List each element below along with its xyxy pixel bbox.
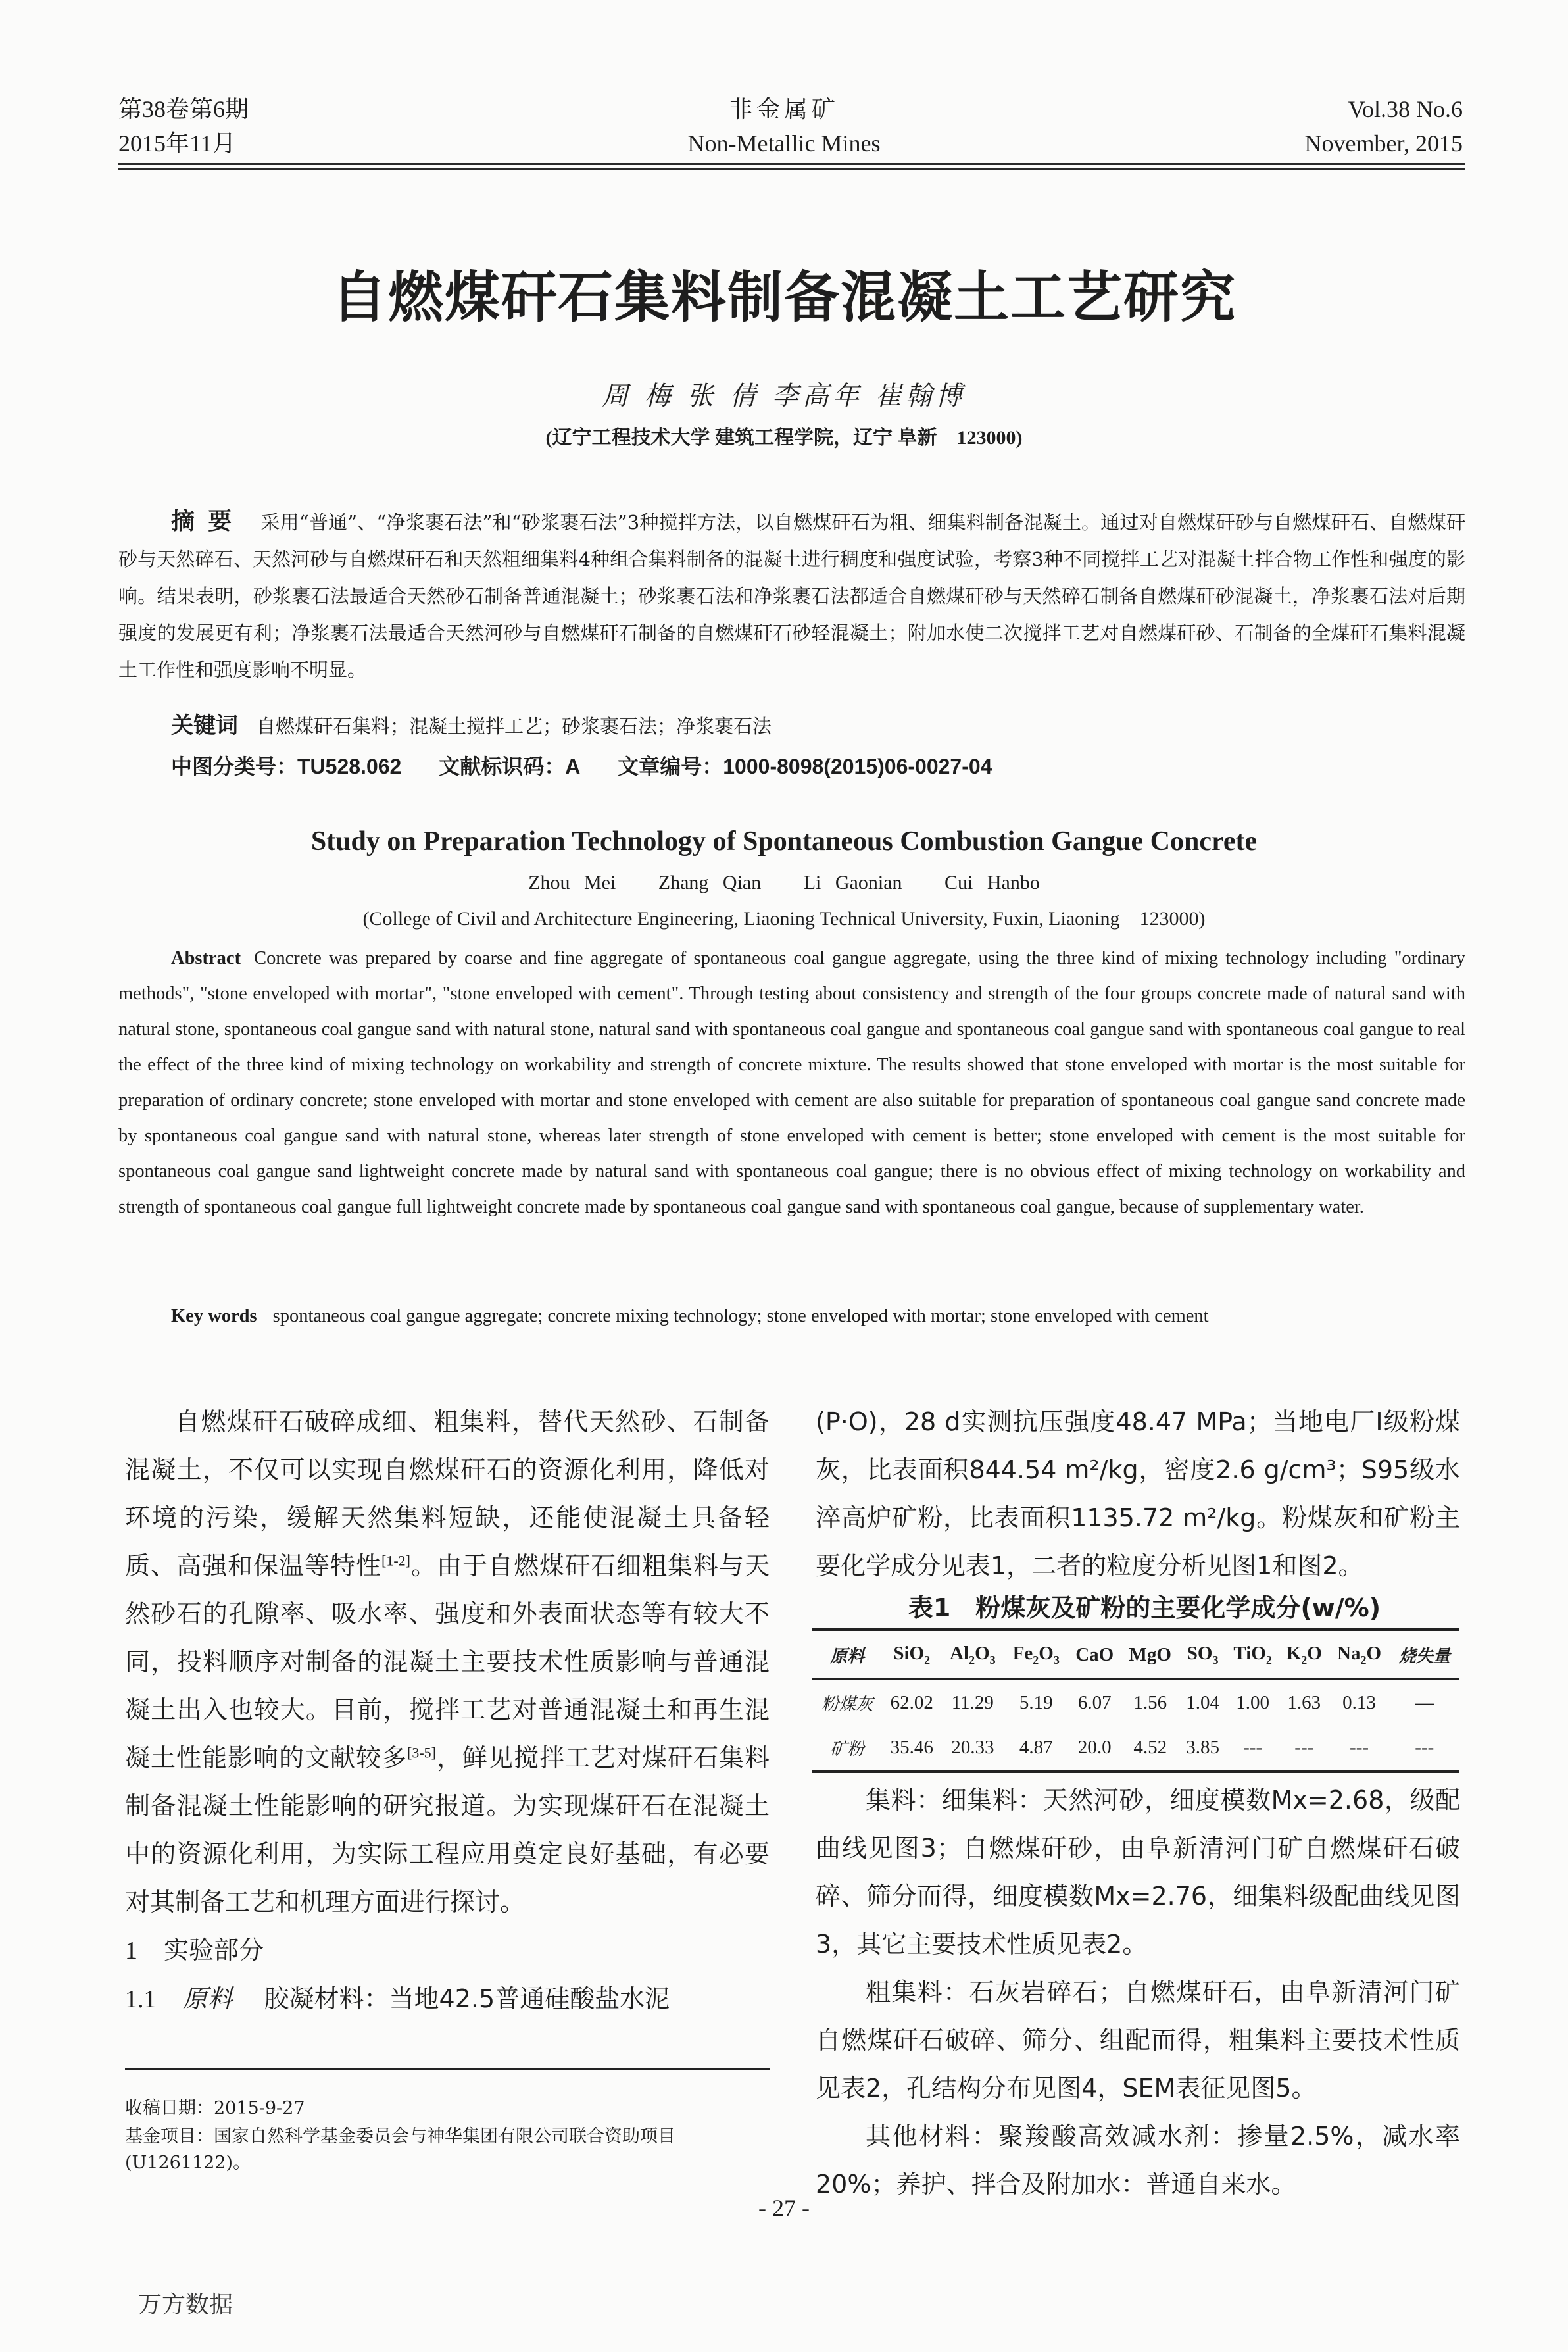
materials-paragraph: (P·O)，28 d实测抗压强度48.47 MPa；当地电厂Ⅰ级粉煤灰，比表面积… [816, 1398, 1460, 1590]
volume-en: Vol.38 No.6 [1304, 92, 1463, 126]
clc-number: 中图分类号：TU528.062 [171, 755, 401, 778]
header-rule [118, 163, 1465, 165]
section-heading: 1实验部分 [125, 1926, 770, 1975]
table-cell: 3.85 [1179, 1726, 1226, 1772]
body-right-column-lower: 集料：细集料：天然河砂，细度模数Mx=2.68，级配曲线见图3；自燃煤矸砂，由阜… [816, 1776, 1460, 2209]
affiliation-en: (College of Civil and Architecture Engin… [0, 908, 1568, 930]
footnote-rule [125, 2068, 770, 2070]
table-header: Al2O3 [941, 1630, 1004, 1680]
table-cell: 1.00 [1226, 1680, 1279, 1726]
subsection-number: 1.1 [125, 1986, 157, 2013]
section-title: 实验部分 [164, 1936, 264, 1964]
table-cell: 4.87 [1004, 1726, 1068, 1772]
authors-en: Zhou Mei Zhang Qian Li Gaonian Cui Hanbo [0, 872, 1568, 894]
table-cell: 6.07 [1068, 1680, 1121, 1726]
table-row: 粉煤灰 62.02 11.29 5.19 6.07 1.56 1.04 1.00… [812, 1680, 1459, 1726]
table-header-row: 原料 SiO2 Al2O3 Fe2O3 CaO MgO SO3 TiO2 K2O… [812, 1630, 1459, 1680]
abstract-cn-label: 摘要 [171, 508, 245, 535]
table-cell: 粉煤灰 [812, 1680, 882, 1726]
table-cell: --- [1226, 1726, 1279, 1772]
citation-ref[interactable]: [1-2] [381, 1552, 410, 1568]
table-header: SiO2 [882, 1630, 941, 1680]
table1-caption: 表1 粉煤灰及矿粉的主要化学成分(w/%) [816, 1588, 1473, 1624]
abstract-cn: 摘要采用“普通”、“净浆裹石法”和“砂浆裹石法”3种搅拌方法，以自燃煤矸石为粗、… [118, 503, 1465, 688]
table-cell: 62.02 [882, 1680, 941, 1726]
table-header: CaO [1068, 1630, 1121, 1680]
abstract-en: AbstractConcrete was prepared by coarse … [118, 941, 1465, 1225]
table-cell: 1.63 [1279, 1680, 1329, 1726]
intro-text: 。由于自燃煤矸石细粗集料与天然砂石的孔隙率、吸水率、强度和外表面状态等有较大不同… [125, 1551, 770, 1772]
keywords-en: Key wordsspontaneous coal gangue aggrega… [171, 1306, 1209, 1327]
section-number: 1 [125, 1937, 137, 1964]
footnote-fund: 基金项目：国家自然科学基金委员会与神华集团有限公司联合资助项目(U1261122… [125, 2124, 770, 2176]
table-cell: 11.29 [941, 1680, 1004, 1726]
document-code: 文献标识码：A [439, 755, 580, 778]
paper-title-en: Study on Preparation Technology of Spont… [0, 826, 1568, 857]
table-cell: — [1390, 1680, 1459, 1726]
table-cell: --- [1390, 1726, 1459, 1772]
table-header: K2O [1279, 1630, 1329, 1680]
page-number: - 27 - [0, 2194, 1568, 2222]
coarse-aggregate-paragraph: 粗集料：石灰岩碎石；自燃煤矸石，由阜新清河门矿自燃煤矸石破碎、筛分、组配而得，粗… [816, 1968, 1460, 2113]
table-cell: 1.56 [1121, 1680, 1179, 1726]
watermark-logo: 万方数据 [138, 2286, 233, 2320]
aggregate-paragraph: 集料：细集料：天然河砂，细度模数Mx=2.68，级配曲线见图3；自燃煤矸砂，由阜… [816, 1776, 1460, 1968]
table-cell: 0.13 [1329, 1680, 1389, 1726]
table-row: 矿粉 35.46 20.33 4.87 20.0 4.52 3.85 --- -… [812, 1726, 1459, 1772]
table-cell: --- [1279, 1726, 1329, 1772]
abstract-en-text: Concrete was prepared by coarse and fine… [118, 948, 1465, 1217]
table-header: Na2O [1329, 1630, 1389, 1680]
body-right-column: (P·O)，28 d实测抗压强度48.47 MPa；当地电厂Ⅰ级粉煤灰，比表面积… [816, 1398, 1460, 1590]
citation-ref[interactable]: [3-5] [407, 1744, 436, 1761]
article-number: 文章编号：1000-8098(2015)06-0027-04 [618, 755, 992, 778]
intro-paragraph: 自燃煤矸石破碎成细、粗集料，替代天然砂、石制备混凝土，不仅可以实现自燃煤矸石的资… [125, 1398, 770, 1926]
table-header: MgO [1121, 1630, 1179, 1680]
table-cell: 5.19 [1004, 1680, 1068, 1726]
subsection-text: 胶凝材料：当地42.5普通硅酸盐水泥 [264, 1984, 670, 2013]
subsection-title: 原料 [183, 1984, 233, 2013]
table-cell: 4.52 [1121, 1726, 1179, 1772]
classification-line: 中图分类号：TU528.062 文献标识码：A 文章编号：1000-8098(2… [171, 750, 1023, 780]
table-header: SO3 [1179, 1630, 1226, 1680]
table-cell: 1.04 [1179, 1680, 1226, 1726]
keywords-cn: 关键词自燃煤矸石集料；混凝土搅拌工艺；砂浆裹石法；净浆裹石法 [171, 707, 772, 739]
footnote-received-date: 收稿日期：2015-9-27 [125, 2095, 770, 2122]
table-header: Fe2O3 [1004, 1630, 1068, 1680]
table-cell: 20.0 [1068, 1726, 1121, 1772]
journal-issue-info-en: Vol.38 No.6 November, 2015 [1304, 92, 1463, 161]
table1: 原料 SiO2 Al2O3 Fe2O3 CaO MgO SO3 TiO2 K2O… [812, 1628, 1459, 1773]
abstract-en-label: Abstract [171, 948, 241, 968]
table-header: 烧失量 [1390, 1630, 1459, 1680]
table-cell: 矿粉 [812, 1726, 882, 1772]
date-en: November, 2015 [1304, 126, 1463, 161]
header-rule [118, 168, 1465, 170]
table-cell: 35.46 [882, 1726, 941, 1772]
table-cell: 20.33 [941, 1726, 1004, 1772]
table-header: 原料 [812, 1630, 882, 1680]
abstract-cn-text: 采用“普通”、“净浆裹石法”和“砂浆裹石法”3种搅拌方法，以自燃煤矸石为粗、细集… [118, 511, 1465, 681]
affiliation-cn: (辽宁工程技术大学 建筑工程学院，辽宁 阜新 123000) [0, 421, 1568, 450]
body-left-column: 自燃煤矸石破碎成细、粗集料，替代天然砂、石制备混凝土，不仅可以实现自燃煤矸石的资… [125, 1398, 770, 2024]
keywords-cn-label: 关键词 [171, 713, 238, 739]
subsection-heading: 1.1原料胶凝材料：当地42.5普通硅酸盐水泥 [125, 1975, 770, 2024]
keywords-en-label: Key words [171, 1306, 257, 1326]
authors-cn: 周 梅 张 倩 李高年 崔翰博 [0, 375, 1568, 413]
keywords-cn-text: 自燃煤矸石集料；混凝土搅拌工艺；砂浆裹石法；净浆裹石法 [257, 715, 772, 738]
table-header: TiO2 [1226, 1630, 1279, 1680]
paper-title-cn: 自燃煤矸石集料制备混凝土工艺研究 [0, 253, 1568, 333]
table-cell: --- [1329, 1726, 1389, 1772]
keywords-en-text: spontaneous coal gangue aggregate; concr… [273, 1306, 1209, 1326]
